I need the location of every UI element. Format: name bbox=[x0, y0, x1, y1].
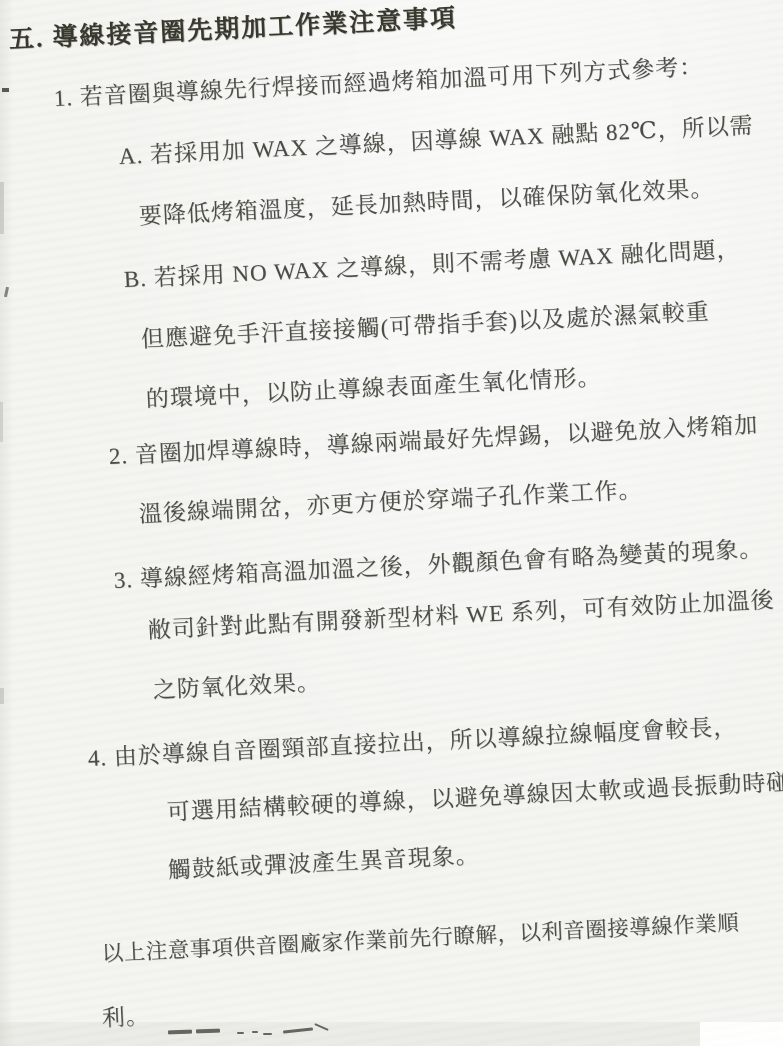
list-item-1a: A. 若採用加 WAX 之導線，因導線 WAX 融點 82℃，所以需 bbox=[118, 107, 754, 171]
list-item-4: 4. 由於導線自音圈頸部直接拉出，所以導線拉線幅度會較長， bbox=[87, 708, 738, 773]
list-item-1: 1. 若音圈與導線先行焊接而經過烤箱加溫可用下列方式參考： bbox=[53, 48, 704, 113]
scan-edge-smudge bbox=[0, 402, 3, 442]
scan-bottom-shade bbox=[0, 1022, 700, 1046]
scanned-document-page: 五. 導線接音圈先期加工作業注意事項 1. 若音圈與導線先行焊接而經過烤箱加溫可… bbox=[0, 0, 783, 1046]
list-item-3: 3. 導線經烤箱高溫加溫之後，外觀顏色會有略為變黃的現象。 bbox=[113, 530, 764, 595]
list-item-3-cont1: 敝司針對此點有開發新型材料 WE 系列，可有效防止加溫後 bbox=[147, 581, 775, 645]
document-title: 五. 導線接音圈先期加工作業注意事項 bbox=[8, 0, 458, 56]
scan-edge-smudge bbox=[0, 182, 4, 234]
list-item-1b-cont1: 但應避免手汗直接接觸(可帶指手套)以及處於濕氣較重 bbox=[140, 293, 710, 354]
list-item-4-cont1: 可選用結構較硬的導線，以避免導線因太軟或過長振動時碰 bbox=[166, 764, 783, 827]
list-item-1b-cont2: 的環境中，以防止導線表面產生氧化情形。 bbox=[145, 359, 602, 414]
list-item-4-cont2: 觸鼓紙或彈波產生異音現象。 bbox=[167, 837, 480, 885]
scan-bottom-page-edge bbox=[700, 1022, 783, 1046]
list-item-2: 2. 音圈加焊導線時，導線兩端最好先焊錫，以避免放入烤箱加 bbox=[108, 406, 759, 471]
scan-edge-smudge bbox=[0, 688, 4, 704]
closing-remark: 以上注意事項供音圈廠家作業前先行瞭解，以利音圈接導線作業順 bbox=[101, 906, 740, 968]
list-item-2-cont: 溫後線端開岔，亦更方便於穿端子孔作業工作。 bbox=[138, 471, 643, 529]
list-item-3-cont2: 之防氧化效果。 bbox=[152, 664, 321, 705]
list-item-1a-cont: 要降低烤箱溫度，延長加熱時間，以確保防氧化效果。 bbox=[138, 170, 715, 231]
scan-mark-apostrophe bbox=[4, 287, 9, 297]
list-item-1b: B. 若採用 NO WAX 之導線，則不需考慮 WAX 融化問題， bbox=[123, 231, 741, 294]
scan-speck bbox=[2, 88, 9, 92]
